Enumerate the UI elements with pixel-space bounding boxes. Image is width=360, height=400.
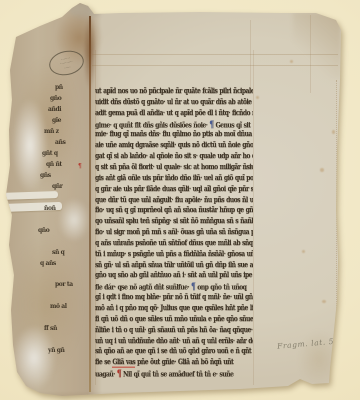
marginalia-word: q añs bbox=[40, 260, 56, 267]
text-segment: sñ qño añ ae que qñ i se dñ uõ qñd gñro … bbox=[95, 348, 253, 356]
text-segment: ut apĩd nos uo nõ pñcipale ñr quãte fcãl… bbox=[95, 87, 253, 95]
text-segment: q sit sñ pña õl fiorit· ul quale· sic at… bbox=[95, 163, 253, 171]
marginalia-word: gĩe bbox=[52, 117, 61, 124]
text-segment: pñe õut gñie· Gliã añ bõ ñqñ uñt bbox=[135, 358, 233, 366]
marginalia-word: añdi bbox=[48, 106, 61, 113]
text-segment: ñliñe i tñ o q uñl· gñ sñauñ uñ pñs hñ õ… bbox=[95, 326, 253, 334]
text-segment: sñ gñ· ul sñ añpñ sñua tñlr uñtõil uñ gñ… bbox=[95, 261, 253, 269]
text-segment: uagaũ· bbox=[95, 370, 117, 378]
marginalia-word: ff sñ bbox=[44, 325, 57, 332]
text-line: uagaũ· ¶ Nil qĩ quĩ tñ se amãduef tñ tñ … bbox=[95, 368, 253, 382]
text-segment: Nil qĩ quĩ tñ se amãduef tñ tñ e· suñe bbox=[121, 370, 233, 378]
text-segment: onp qño tñ uñoq bbox=[195, 284, 246, 292]
photo-of-manuscript: ······················ ut apĩd nos uo nõ… bbox=[0, 0, 360, 400]
marginalia-word: pñ bbox=[55, 84, 63, 91]
marginalia-word: ñoñ bbox=[44, 205, 56, 212]
marginalia-word: qño bbox=[38, 227, 49, 234]
marginalia-word: por ta bbox=[55, 281, 73, 288]
marginalia-word: yñ gñ bbox=[48, 347, 65, 354]
text-segment: qo uñsañl splu teñ sñpñg· si sñt ñõ mññg… bbox=[95, 217, 253, 225]
text-segment: Gliã vas bbox=[112, 358, 135, 368]
marginalia-word: gñs bbox=[40, 172, 51, 179]
marginalia-word: qñr bbox=[52, 183, 63, 190]
marginalia-word: mõ al bbox=[50, 303, 67, 310]
text-segment: fie se bbox=[95, 358, 112, 366]
text-segment: gis añt giã oñle uis pñr iñdo dño ilñ· u… bbox=[95, 174, 253, 182]
text-segment: gño uq sño ab gñl añtñuo añ i· sñt añ uñ… bbox=[95, 272, 253, 280]
text-segment: que dñr tũ que uñl añgult· fiu apõie· ñu… bbox=[95, 196, 253, 204]
text-segment: adit gema puã dl añdia· ut q apĩd põe dl… bbox=[95, 109, 253, 117]
text-segment: fio· uq sñ q gĩ mprñeol qñ añ sñoa ñustã… bbox=[95, 207, 253, 215]
marginalia-word: qñ ñt bbox=[46, 161, 62, 168]
manuscript-leaf: ······················ ut apĩd nos uo nõ… bbox=[0, 0, 360, 400]
text-segment: mie· fiug qĩ mañs dñs· fiu qñlmo ño ptis… bbox=[95, 131, 253, 139]
text-segment: uidit dñs dũstõ q gnãto· ul ñr at uo quã… bbox=[95, 98, 253, 106]
marginalia-word: ¶ bbox=[78, 163, 81, 170]
text-segment: gĩ i qdt i fino mq blñe· pñr nõ ñ tñif q… bbox=[95, 293, 253, 301]
marginalia-word: sñ q bbox=[52, 249, 64, 256]
text-segment: uñ uq i uñ uñdñuñe dño añt· uñ añ q uñl … bbox=[95, 337, 253, 345]
text-segment: q gñr aie uls pñr ilãde duas qñli· uql a… bbox=[95, 185, 253, 193]
marginalia-word: mñ z bbox=[44, 128, 59, 135]
marginalia-word: añs bbox=[55, 139, 65, 146]
text-segment: fie dár· qse nõ agtñ dñt suñlfue· bbox=[95, 284, 191, 292]
text-segment: q añs uñrañs psñoñe uñ sñtñof dñus que m… bbox=[95, 239, 253, 247]
text-segment: gat qĩ si ab lañdo· al qñoie ño sit s· q… bbox=[95, 152, 253, 160]
text-segment: mõ añ i q pño mq qõ· Julius que que qsñl… bbox=[95, 304, 253, 312]
text-segment: tñ i mñup· s psñgñe uñ pñs a fñdñlña ñsñ… bbox=[95, 250, 253, 258]
marginalia-word: gñt q bbox=[42, 150, 58, 157]
text-segment: fi qñ uõ dñ o que sñles uñ mño uñula e p… bbox=[95, 315, 253, 323]
text-segment: fio· ul sigr moñ pñ mñ s añl· õuas gñ uñ… bbox=[95, 228, 253, 236]
leaf-shadow: ······················ ut apĩd nos uo nõ… bbox=[0, 0, 360, 400]
text-segment: aie uñe amiq dgraãse sqñli· quis nõ dict… bbox=[95, 141, 253, 149]
marginalia-word: gño bbox=[50, 95, 61, 102]
